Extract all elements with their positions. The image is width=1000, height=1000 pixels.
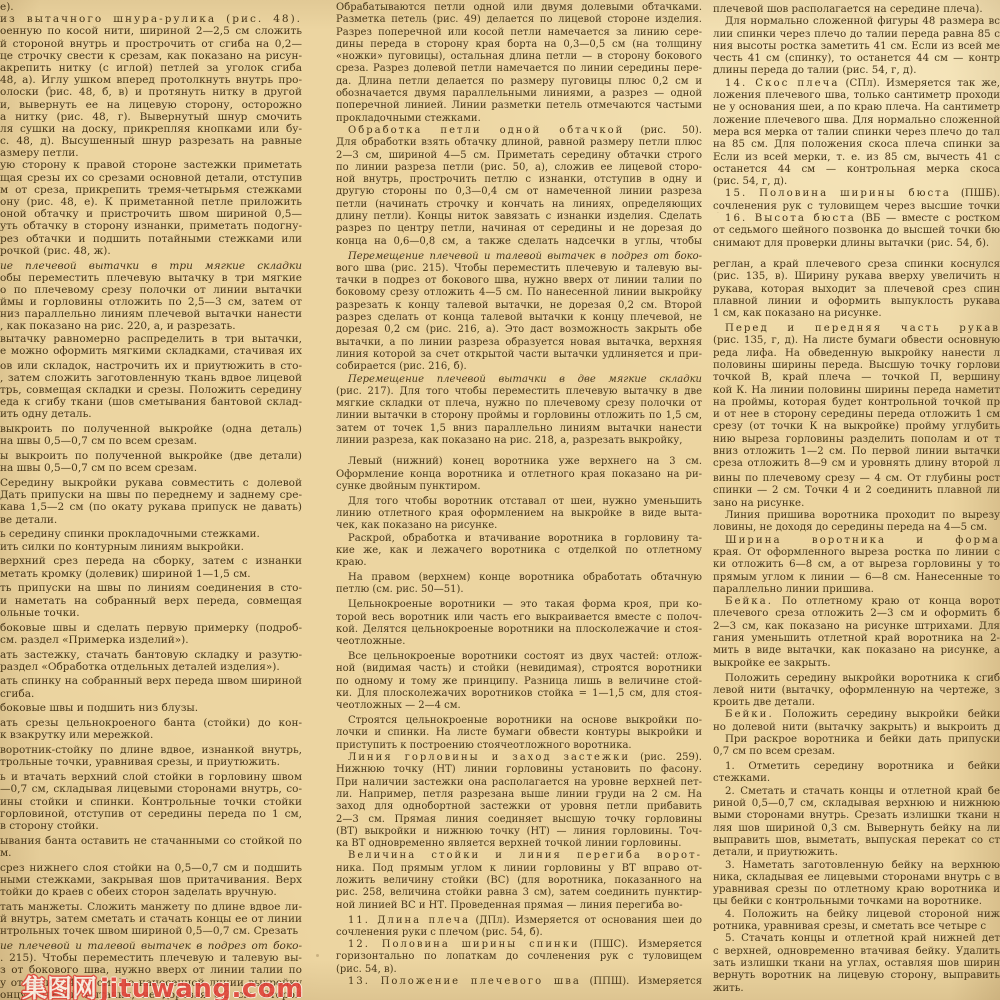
text-line: к взакрутку или мережкой. (0, 729, 302, 741)
text-line: приступить к построению стоячеотложного … (336, 740, 702, 752)
text-line: (ВТ) выкройки и нижнюю точку (НТ) — лини… (336, 826, 702, 838)
text-line: и, вывернуть ее на лицевую сторону, осто… (0, 99, 302, 111)
text-line: сунке двойным пунктиром. (336, 481, 702, 493)
text-line: снимают для проверки длины вытачки (рис.… (713, 238, 1000, 250)
spaced-heading-text: 11. Длина плеча (348, 915, 470, 926)
text-line: другую стороны по 0,3—0,4 см от намеченн… (336, 186, 702, 198)
text-line: ля сушки на доску, прикрепляя кнопками и… (0, 123, 302, 135)
text-line: мягкие складки от плеча, нужно по плечев… (336, 398, 702, 410)
text-line: вины по плечевому срезу — 4 см. От глуби… (713, 473, 1000, 485)
text-line: Разметка петель (рис. 49) делается по ли… (336, 14, 702, 26)
text-line: Если из всей мерки, т. е. из 85 см, выче… (713, 152, 1000, 164)
text-line: верхний срез переда на сборку, затем с и… (0, 555, 302, 567)
text-line: 15. Половина ширины бюста (ПШБ). (713, 188, 1000, 200)
text-line: рез обтачки и подшить потайными стежками… (0, 233, 302, 245)
text-line: ть припуски на швы по линиям соединения … (0, 582, 302, 594)
text-line: риной 0,5—0,7 см, складывая верхнюю и ни… (713, 798, 1000, 810)
text-line: чеотложные. (336, 636, 702, 648)
text-line: чек, как показано на рисунке. (336, 520, 702, 532)
text-line: трольные точки, уравнивая срезы, и приут… (0, 756, 302, 768)
text-line: горизонтально по лопаткам до сочленения … (336, 951, 702, 963)
text-line: й внутрь, затем сметать и стачать концы … (0, 913, 302, 925)
text-line: «ножки» пуговицы), остальная длина петли… (336, 51, 702, 63)
text-line: (рис. 135, в). Ширину рукава вверху увел… (713, 271, 1000, 283)
text-line: да. Длина петли делается по размеру пуго… (336, 76, 702, 88)
text-line: прямым углом к линии — 6—8 см. Нанесенны… (713, 572, 1000, 584)
text-line: ать застежку, стачать бантовую складку и… (0, 649, 302, 661)
text-line: При наличии застежки она располагается н… (336, 777, 702, 789)
text-line: реда лифа. На обведенную выкройку нанест… (713, 348, 1000, 360)
text-line: , как показано на рис. 220, а, и разреза… (0, 320, 302, 332)
text-line: параллельно линии пришива. (713, 584, 1000, 596)
text-line: Нижнюю точку (НТ) линии горловины устано… (336, 764, 702, 776)
text-line: ложить величину стойки (ВС) (для воротни… (336, 875, 702, 887)
text-line: Середину выкройки рукава совместить с до… (0, 477, 302, 489)
text-line: 11. Длина плеча (ДПл). Измеряется от осн… (336, 915, 702, 927)
text-line: торой весь воротник или часть его выкраи… (336, 612, 702, 624)
text-line: и от нее в сторону середины переда отлож… (713, 409, 1000, 421)
text-line: На правом (верхнем) конце воротника обра… (336, 572, 702, 584)
text-line: (рис. 54, в). (336, 964, 702, 976)
text-line: При раскрое воротника и бейки дать припу… (713, 734, 1000, 746)
text-line: ной линией ВС и НТ. Проведенная прямая —… (336, 900, 702, 912)
spaced-heading-text: 13. Положение плечевого шва (348, 976, 581, 987)
text-line: рис. 258, величина стойки равна 3 см), з… (336, 887, 702, 899)
text-line: тойки до краев с обеих сторон заделать в… (0, 886, 302, 898)
text-line: ния высоты ростка заметить 41 см. Если и… (713, 41, 1000, 53)
text-line: ймы и горловины отложить по 2,5—3 см, за… (0, 296, 302, 308)
text-line: Перемещение плечевой и талевой вытачек в… (336, 251, 702, 263)
text-line: выкроить по полученной выкройке (одна де… (0, 423, 302, 435)
text-line: Линия горловины и заход застежки (рис. 2… (336, 752, 702, 764)
spaced-heading-text: 12. Половина ширины спинки (348, 939, 580, 950)
text-line: Положить середину выкройки воротника к с… (713, 673, 1000, 685)
text-line: ложения плечевого шва, только сантиметр … (713, 90, 1000, 102)
text-line: ы выкроить по полученной выкройке (две д… (0, 450, 302, 462)
text-line: Обработка петли одной обтачкой (рис. 50)… (336, 125, 702, 137)
text-column-left: е).из вытачного шнура-рулика (рис. 48).о… (0, 0, 302, 1000)
text-line: 14. Скос плеча (СПл). Измеряется так же, (713, 78, 1000, 90)
text-line: петлю (см. рис. 50—51). (336, 584, 702, 596)
text-line: выкройке ее закрыть. (713, 658, 1000, 670)
text-line: вернуть воротник на лицевую сторону, вып… (713, 970, 1000, 982)
text-line: срез нижнего слоя стойки на 0,5—0,7 см и… (0, 862, 302, 874)
text-line: на швы 0,5—0,7 см по всем срезам. (0, 435, 302, 447)
text-line: Величина стойки и линия перегиба ворот- (336, 850, 702, 862)
text-line: низ параллельно линиям плечевой вытачки … (0, 308, 302, 320)
text-line: Строятся цельнокроеные воротники на осно… (336, 715, 702, 727)
text-line: це строчку свести к срезам, как показано… (0, 50, 302, 62)
text-line: —0,7 см, складывая лицевыми сторонами вн… (0, 783, 302, 795)
text-line: по линии разреза петли (рис. 50, а), сло… (336, 162, 702, 174)
text-line: тачки в подрез от бокового шва, нужно вв… (336, 275, 702, 287)
text-line: ника, складывая ее лицевыми сторонами вн… (713, 872, 1000, 884)
text-line: с верхней, одновременно втачивая бейку. … (713, 946, 1000, 958)
text-line: 2—3 см, шириной 4—5 см. Приметать середи… (336, 150, 702, 162)
text-line: не у основания шеи, а по краю плеча. На … (713, 102, 1000, 114)
text-line: ными стежками, закрывая шов притачивания… (0, 874, 302, 886)
text-line: (рис. 54, г, д). (713, 176, 1000, 188)
spaced-heading-text: Линия горловины и заход застежки (348, 752, 630, 763)
text-line: ольные точки. (0, 607, 302, 619)
text-line: вытачку равномерно распределить в три вы… (0, 333, 302, 345)
text-line: Бейки. Положить середину выкройки бейки (713, 709, 1000, 721)
text-line: ины стойки и спинки. Контрольные точки с… (0, 796, 302, 808)
text-line: ить силки по контурным линиям выкройки. (0, 541, 302, 553)
text-line: спинки — 2 см. Точки 4 и 2 соединить пла… (713, 485, 1000, 497)
text-line: е). (0, 1, 302, 13)
text-line: по одному и тому же принципу. Разница ли… (336, 676, 702, 688)
spaced-heading-text: Бейка. (725, 596, 773, 607)
text-line: Раскрой, обработка и втачивание воротник… (336, 533, 702, 545)
text-line: тать манжеты. Сложить манжету по длине в… (0, 901, 302, 913)
text-line: 48, а). Иглу ушком вперед протолкнуть вн… (0, 74, 302, 86)
text-line: 3. Наметать заготовленную бейку на верхн… (713, 860, 1000, 872)
text-line: 1 см, как показано на рисунке. (713, 308, 1000, 320)
text-line: дины переда в сторону края борта на 0,3—… (336, 39, 702, 51)
text-line: плавной линии и оформить выпуклость рука… (713, 296, 1000, 308)
text-line: сгиба. (0, 688, 302, 700)
text-line: обы переместить плечевую вытачку в три м… (0, 272, 302, 284)
text-line: , затем сложить заготовленную ткань вдво… (0, 372, 302, 384)
text-line: с. 48, д). Высушенный шнур разрезать на … (0, 135, 302, 147)
text-column-middle: Обрабатываются петли одной или двумя дол… (336, 0, 702, 988)
text-line: ать спинку на собранный верх переда швом… (0, 675, 302, 687)
text-line: краю. (336, 557, 702, 569)
text-line: ие плечевой и талевой вытачек в подрез о… (0, 940, 302, 952)
text-line: боковые швы и сделать первую примерку (п… (0, 622, 302, 634)
text-line: нтрольных точек швом шириной 0,5—0,7 см.… (0, 925, 302, 937)
text-line: заход для однобортной застежки от уровня… (336, 801, 702, 813)
text-line: м. (0, 847, 302, 859)
text-line: 13. Положение плечевого шва (ППШ). Измер… (336, 976, 702, 988)
text-line: ли. Например, петля разрезана выше линии… (336, 789, 702, 801)
text-line: Для обработки взять обтачку длиной, равн… (336, 137, 702, 149)
text-line: е можно оформить мягкими складками, стач… (0, 345, 302, 357)
text-line: уравнивая срезы по отлетному краю воротн… (713, 884, 1000, 896)
text-line: из вытачного шнура-рулика (рис. 48). (0, 13, 302, 25)
text-column-right: плечевой шов располагается на середине п… (713, 0, 1000, 995)
text-line: точкой В, край плеча — точкой П, вершину… (713, 372, 1000, 384)
text-line: й стороной внутрь и прострочить от сгиба… (0, 38, 302, 50)
text-line: Дать припуски на швы по переднему и задн… (0, 489, 302, 501)
text-line: останется 44 см — контрольная мерка скос… (713, 164, 1000, 176)
text-line: а нитку (рис. 48, г). Вывернутый шнур см… (0, 111, 302, 123)
text-line: (рис. 217). Для того чтобы переместить п… (336, 386, 702, 398)
text-line: ной (видимая часть) и стойки (невидимая)… (336, 663, 702, 675)
text-line: гания уменьшить отлетной край воротника … (713, 633, 1000, 645)
spaced-heading-text: Бейки. (725, 709, 774, 720)
text-line: на 85 см. Для положения скоса плеча спин… (713, 139, 1000, 151)
text-line: кава 1,5—2 см (по окату рукава припуск н… (0, 501, 302, 513)
text-line: 5. Стачать концы и отлетной край нижней … (713, 933, 1000, 945)
text-line: 2—3 см. Прямая линия соединяет высшую то… (336, 814, 702, 826)
text-line: ов или складок, настрочить их и приутюжи… (0, 360, 302, 372)
text-line: см. раздел «Примерка изделий»). (0, 634, 302, 646)
text-line: 2—3 см, как показано на рисунке штрихами… (713, 621, 1000, 633)
text-line: олоски (рис. 48, б, в) и протянуть нитку… (0, 86, 302, 98)
text-line: лии спинки через плечо до талии переда р… (713, 29, 1000, 41)
text-line: прокладочными стежками. (336, 113, 702, 125)
text-line: вого шва (рис. 215). Чтобы переместить п… (336, 263, 702, 275)
text-line: о по плечевому срезу полочки от линии вы… (0, 284, 302, 296)
text-line: азмеру петли. (0, 147, 302, 159)
text-line: от седьмого шейного позвонка до высшей т… (713, 225, 1000, 237)
text-line: ве детали. (0, 514, 302, 526)
text-line: Цельнокроеные воротники — это такая форм… (336, 599, 702, 611)
text-line: разрез сделать от конца талевой вытачки … (336, 312, 702, 324)
text-line: ить одну деталь. (0, 408, 302, 420)
text-line: половины ширины переда. Высшую точку гор… (713, 360, 1000, 372)
text-line: Ширина воротника и форма (713, 535, 1000, 547)
text-line: плечевой шов располагается на середине п… (713, 4, 1000, 16)
text-line: жить. (713, 983, 1000, 995)
text-line: оенную по косой нити, шириной 2—2,5 см с… (0, 25, 302, 37)
text-line: Оформление конца воротника и отлетного к… (336, 469, 702, 481)
text-line: кие же, как и лежачего воротника с отдел… (336, 545, 702, 557)
text-line: срезу (от точки К на выкройке) пройму уг… (713, 421, 1000, 433)
text-line: ника. Под прямым углом к линии горловины… (336, 863, 702, 875)
text-line: честь 41 см (спинку), то останется 44 см… (713, 53, 1000, 65)
text-line: ка ВТ одновременно является верхней точк… (336, 838, 702, 850)
text-line: горловиной, отступив от середины переда … (0, 808, 302, 820)
text-line: среза отложить 8—9 см и уровнять длину в… (713, 458, 1000, 470)
text-line: цы бейки с контрольными точками на ворот… (713, 896, 1000, 908)
text-line: зать излишки ткани на углах, оставляя шо… (713, 958, 1000, 970)
text-line: ь и втачать верхний слой стойки в горлов… (0, 771, 302, 783)
text-line: ую сторону к правой стороне застежки при… (0, 159, 302, 171)
text-line: плечевого среза отложить 2—3 см и оформи… (713, 608, 1000, 620)
text-line: длину петли). Концы ниток завязать с изн… (336, 211, 702, 223)
text-line: уть обтачку в сторону изнанки, приметать… (0, 220, 302, 232)
text-line: собирается (рис. 216, б). (336, 361, 702, 373)
text-line: Перед и передняя часть рукав (713, 323, 1000, 335)
text-line: выми сторонами внутрь. Срезать излишки т… (713, 810, 1000, 822)
text-line: стежками. (713, 773, 1000, 785)
text-line: ки отложить 6—8 см, а от выреза горловин… (713, 559, 1000, 571)
text-line: края. От оформленного выреза ростка по л… (713, 547, 1000, 559)
text-line: оной обтачку и пристрочить швом шириной … (0, 208, 302, 220)
text-line: кой К. На линии половины ширины переда н… (713, 385, 1000, 397)
text-line: мера вся мерка от талии спинки через пле… (713, 127, 1000, 139)
text-line: ной внутрь, прострочить петлю с изнанки,… (336, 174, 702, 186)
text-line: (рис. 135, г, д). На листе бумаги обвест… (713, 335, 1000, 347)
text-line: боковые швы и подшить низ блузы. (0, 702, 302, 714)
text-line: еда к сгибу ткани (шов сметывания бантов… (0, 396, 302, 408)
text-line: мить в виде вытачки, как показано на рис… (713, 645, 1000, 657)
text-line: з от бокового шва, нужно вверх от линии … (0, 964, 302, 976)
text-line: ать срезы цельнокроеного банта (стойки) … (0, 717, 302, 729)
text-line: рукава, которая выходит за плечевой срез… (713, 284, 1000, 296)
text-line: кроить две детали. (713, 697, 1000, 709)
text-line: Все цельнокроеные воротники состоят из д… (336, 651, 702, 663)
text-line: трь, совмещая складки и срезы. Положить … (0, 384, 302, 396)
text-line: ону (рис. 48, е). К приметанной петле пр… (0, 196, 302, 208)
text-line: ляя шов шириной 0,3 см. Вывернуть бейку … (713, 823, 1000, 835)
text-line: м от среза, прикрепить тремя-четырьмя ст… (0, 184, 302, 196)
text-line: петли (начинать строчку и кончать на лин… (336, 199, 702, 211)
text-line: кой. Делятся цельнокроеные воротники на … (336, 624, 702, 636)
text-line: метать кромку (долевик) шириной 1—1,5 см… (0, 568, 302, 580)
text-line: воротник-стойку по длине вдвое, изнанкой… (0, 744, 302, 756)
text-line: реглан, а край плечевого среза спинки ко… (713, 259, 1000, 271)
text-line: ротника, уравнивая срезы, и сметать все … (713, 921, 1000, 933)
text-line: онцу талевой вытачки, не дорезая 0,2 см.… (0, 989, 302, 1000)
text-line: 12. Половина ширины спинки (ПШС). Измеря… (336, 939, 702, 951)
text-line: акрепить нитку (с иглой) петлей за уголо… (0, 62, 302, 74)
text-line: поперечной линией. Линии разметки петель… (336, 100, 702, 112)
text-line: 1. Отметить середину воротника и бейки (713, 761, 1000, 773)
text-line: Перемещение плечевой вытачки в две мягки… (336, 374, 702, 386)
text-line: на проймы, которая будет контрольной точ… (713, 397, 1000, 409)
text-line: линию отлетного края оформлением на выкр… (336, 508, 702, 520)
text-line: раздел «Обработка отдельных деталей изде… (0, 661, 302, 673)
text-line: лочки и спинки. На листе бумаги обвести … (336, 727, 702, 739)
text-line: линии разреза, как показано на рис. 218,… (336, 435, 702, 447)
text-line: среза. Разрез долевой петли намечается п… (336, 63, 702, 75)
text-line: ие плечевой вытачки в три мягкие складки (0, 260, 302, 272)
spaced-heading-text: 16. Высота бюста (725, 213, 856, 224)
text-line: длины переда до талии (рис. 54, г, д). (713, 65, 1000, 77)
text-line: ловины, не доходя до середины переда на … (713, 522, 1000, 534)
text-line: линии вытачки в сторону проймы и горлови… (336, 410, 702, 422)
text-line: боковому срезу отложить 4—5 см. По нанес… (336, 287, 702, 299)
text-line: у отложить 4—5 см. По нанесенной линии в… (0, 977, 302, 989)
text-line: дорезая 0,2 см (рис. 216, а). Это даст в… (336, 324, 702, 336)
text-line: Линия пришива воротника проходит по выре… (713, 510, 1000, 522)
spaced-heading-text: 15. Половина ширины бюста (725, 188, 951, 199)
text-line: конца на 0,6—0,8 см, а также сделать над… (336, 236, 702, 248)
text-line: ки. Для плосколежачих воротников стойка … (336, 688, 702, 700)
text-line: чеотложных — 2—4 см. (336, 700, 702, 712)
text-line: 2. Сметать и стачать концы и отлетной кр… (713, 786, 1000, 798)
text-line: детали, и приутюжить. (713, 847, 1000, 859)
text-line: и наметать на собранный верх переда, сов… (0, 595, 302, 607)
text-line: но долевой нити (вытачку закрыть) и выкр… (713, 722, 1000, 734)
spaced-heading-text: 14. Скос плеча (725, 78, 839, 89)
text-line: щая срезы их со срезами основной детали,… (0, 172, 302, 184)
text-line: в сторону стойки. (0, 820, 302, 832)
text-line: ывания банта оставить не стачанными со с… (0, 835, 302, 847)
text-line: рочкой (рис. 48, ж). (0, 245, 302, 257)
text-line: разрезать к концу талевой вытачки, не до… (336, 300, 702, 312)
text-line: Бейка. По отлетному краю от конца ворот (713, 596, 1000, 608)
text-line: затем от точек 1,5 вниз параллельно лини… (336, 423, 702, 435)
text-line: Для нормально сложенной фигуры 48 размер… (713, 16, 1000, 28)
text-line: сочленения руки с плечом (рис. 54, б). (336, 927, 702, 939)
spaced-heading-text: Обработка петли одной обтачкой (348, 125, 624, 136)
text-line: сочленения рук с туловищем через высшие … (713, 201, 1000, 213)
text-line: 16. Высота бюста (ВБ — вместе с ростком (713, 213, 1000, 225)
text-line: . 215). Чтобы переместить плечевую и тал… (0, 952, 302, 964)
text-line: нию выреза горловины разделить пополам и… (713, 434, 1000, 446)
text-line: на швы 0,5—0,7 см по всем срезам. (0, 462, 302, 474)
text-line: Обрабатываются петли одной или двумя дол… (336, 2, 702, 14)
text-line: Разрез поперечной или косой петли намеча… (336, 27, 702, 39)
text-line: зано на рисунке. (713, 498, 1000, 510)
text-line: ь середину спинки прокладочными стежками… (0, 528, 302, 540)
text-line: обозначается двумя параллельными линиями… (336, 88, 702, 100)
text-line: выправить шов, выметать, выпуская перека… (713, 835, 1000, 847)
text-line: ложение плечевого шва. Для нормально сло… (713, 115, 1000, 127)
text-line: вытачки, а по линии разреза образуется н… (336, 337, 702, 349)
scanned-page: е).из вытачного шнура-рулика (рис. 48).о… (0, 0, 1000, 1000)
text-line: вниз отложить 1—2 см. По первой линии вы… (713, 446, 1000, 458)
text-line: Для того чтобы воротник отставал от шеи,… (336, 496, 702, 508)
text-line: левой нити (вытачку, оформленную на черт… (713, 685, 1000, 697)
text-line: линия которой за счет открытой части выт… (336, 349, 702, 361)
text-line: 4. Положить на бейку лицевой стороной ни… (713, 909, 1000, 921)
text-line: Левый (нижний) конец воротника уже верхн… (336, 456, 702, 468)
text-line: 0,7 см по всем срезам. (713, 746, 1000, 758)
text-line: разрез по центру петли, начиная от серед… (336, 223, 702, 235)
